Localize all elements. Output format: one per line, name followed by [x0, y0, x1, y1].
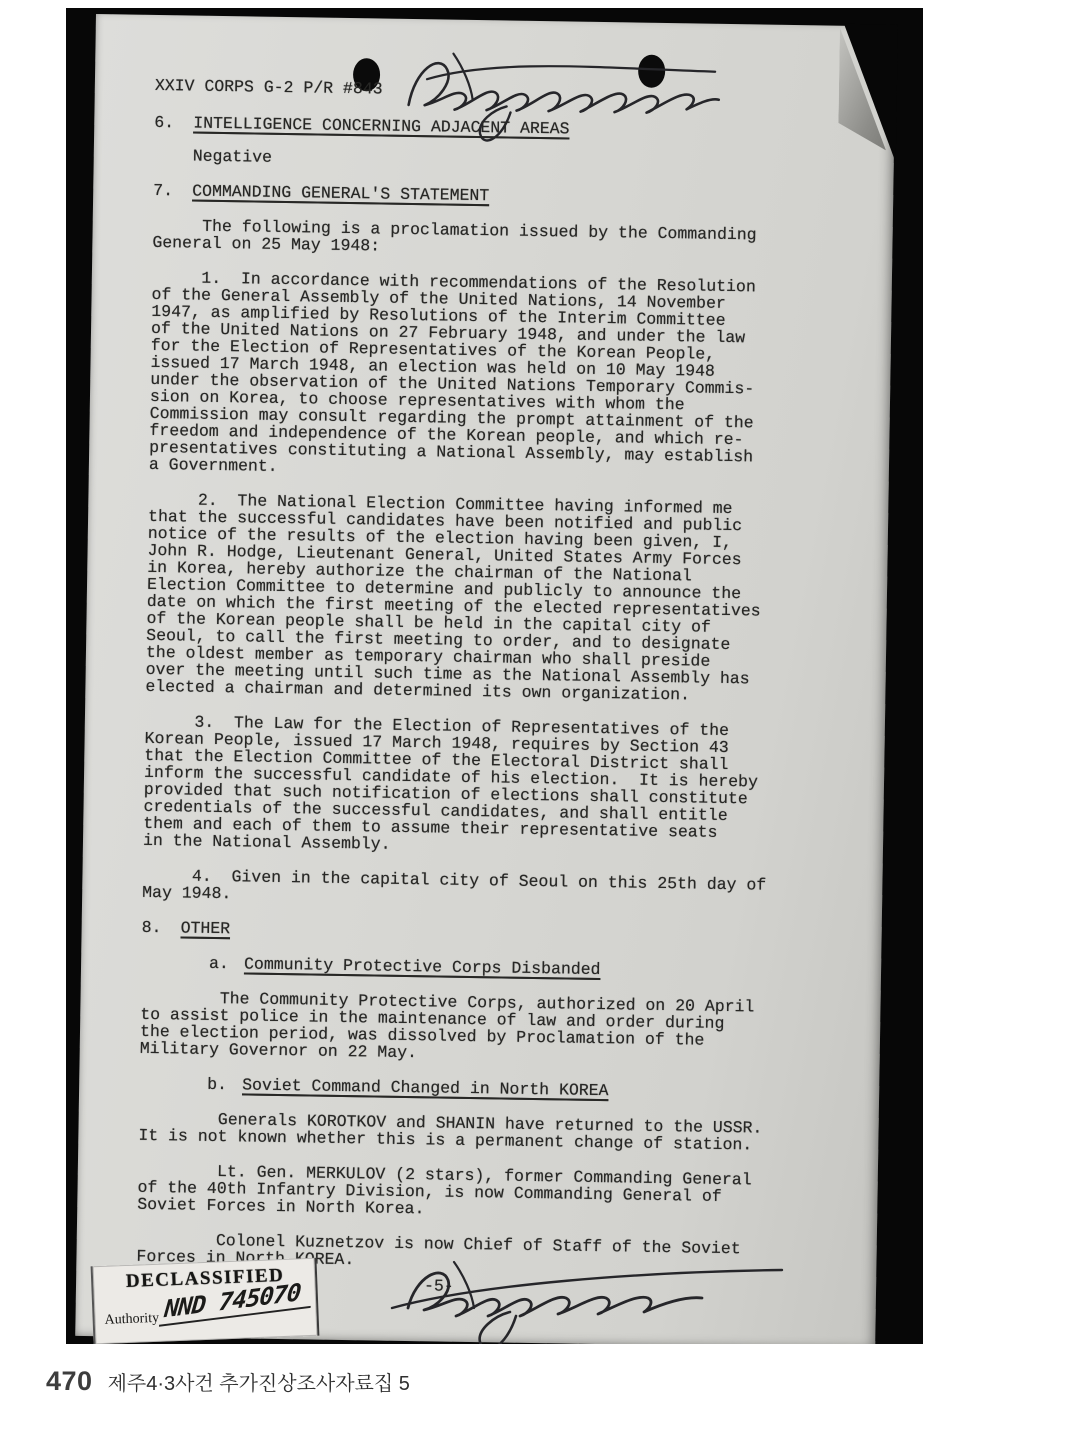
section-6-heading: 6. INTELLIGENCE CONCERNING ADJACENT AREA…	[154, 114, 866, 142]
typed-text-block: XXIV CORPS G-2 P/R #843 6. INTELLIGENCE …	[136, 77, 867, 1301]
section-8a-body: The Community Protective Corps, authoriz…	[140, 989, 853, 1068]
section-7-number: 7.	[153, 182, 192, 200]
proclamation-intro: The following is a proclamation issued b…	[152, 217, 864, 262]
section-8-heading: 8. OTHER	[142, 919, 854, 947]
scanned-document-area: XXIV CORPS G-2 P/R #843 6. INTELLIGENCE …	[66, 8, 923, 1344]
proclamation-paragraph-1: 1. In accordance with recommendations of…	[149, 269, 864, 484]
section-8b-heading: b. Soviet Command Changed in North KOREA	[139, 1075, 851, 1103]
section-8b-title: Soviet Command Changed in North KOREA	[242, 1076, 609, 1099]
section-8b-letter: b.	[207, 1076, 242, 1094]
section-8-title: OTHER	[181, 919, 231, 937]
section-8b-body-1: Generals KOROTKOV and SHANIN have return…	[138, 1110, 850, 1155]
section-8a-title: Community Protective Corps Disbanded	[244, 955, 601, 978]
section-8b-body-2: Lt. Gen. MERKULOV (2 stars), former Comm…	[137, 1162, 850, 1224]
book-title: 제주4·3사건 추가진상조사자료집 5	[108, 1367, 410, 1396]
document-page: XXIV CORPS G-2 P/R #843 6. INTELLIGENCE …	[75, 14, 896, 1344]
section-7-heading: 7. COMMANDING GENERAL'S STATEMENT	[153, 182, 865, 210]
section-6-body: Negative	[154, 147, 866, 175]
book-caption: 470 제주4·3사건 추가진상조사자료집 5	[46, 1366, 410, 1397]
section-6-title: INTELLIGENCE CONCERNING ADJACENT AREAS	[193, 115, 569, 138]
section-8-number: 8.	[142, 919, 181, 937]
declassified-stamp-authority-label: Authority	[104, 1311, 159, 1329]
declassified-stamp: DECLASSIFIED Authority NND 745070	[91, 1258, 320, 1344]
section-8a-heading: a. Community Protective Corps Disbanded	[141, 954, 853, 982]
section-6-number: 6.	[154, 114, 193, 132]
proclamation-paragraph-3: 3. The Law for the Election of Represent…	[143, 713, 857, 860]
confidential-handwriting-bottom	[384, 1250, 794, 1344]
proclamation-paragraph-4: 4. Given in the capital city of Seoul on…	[142, 867, 854, 912]
section-7-title: COMMANDING GENERAL'S STATEMENT	[192, 183, 489, 205]
book-page-number: 470	[46, 1366, 93, 1397]
proclamation-paragraph-2: 2. The National Election Committee havin…	[145, 491, 860, 706]
section-8a-letter: a.	[209, 955, 244, 973]
